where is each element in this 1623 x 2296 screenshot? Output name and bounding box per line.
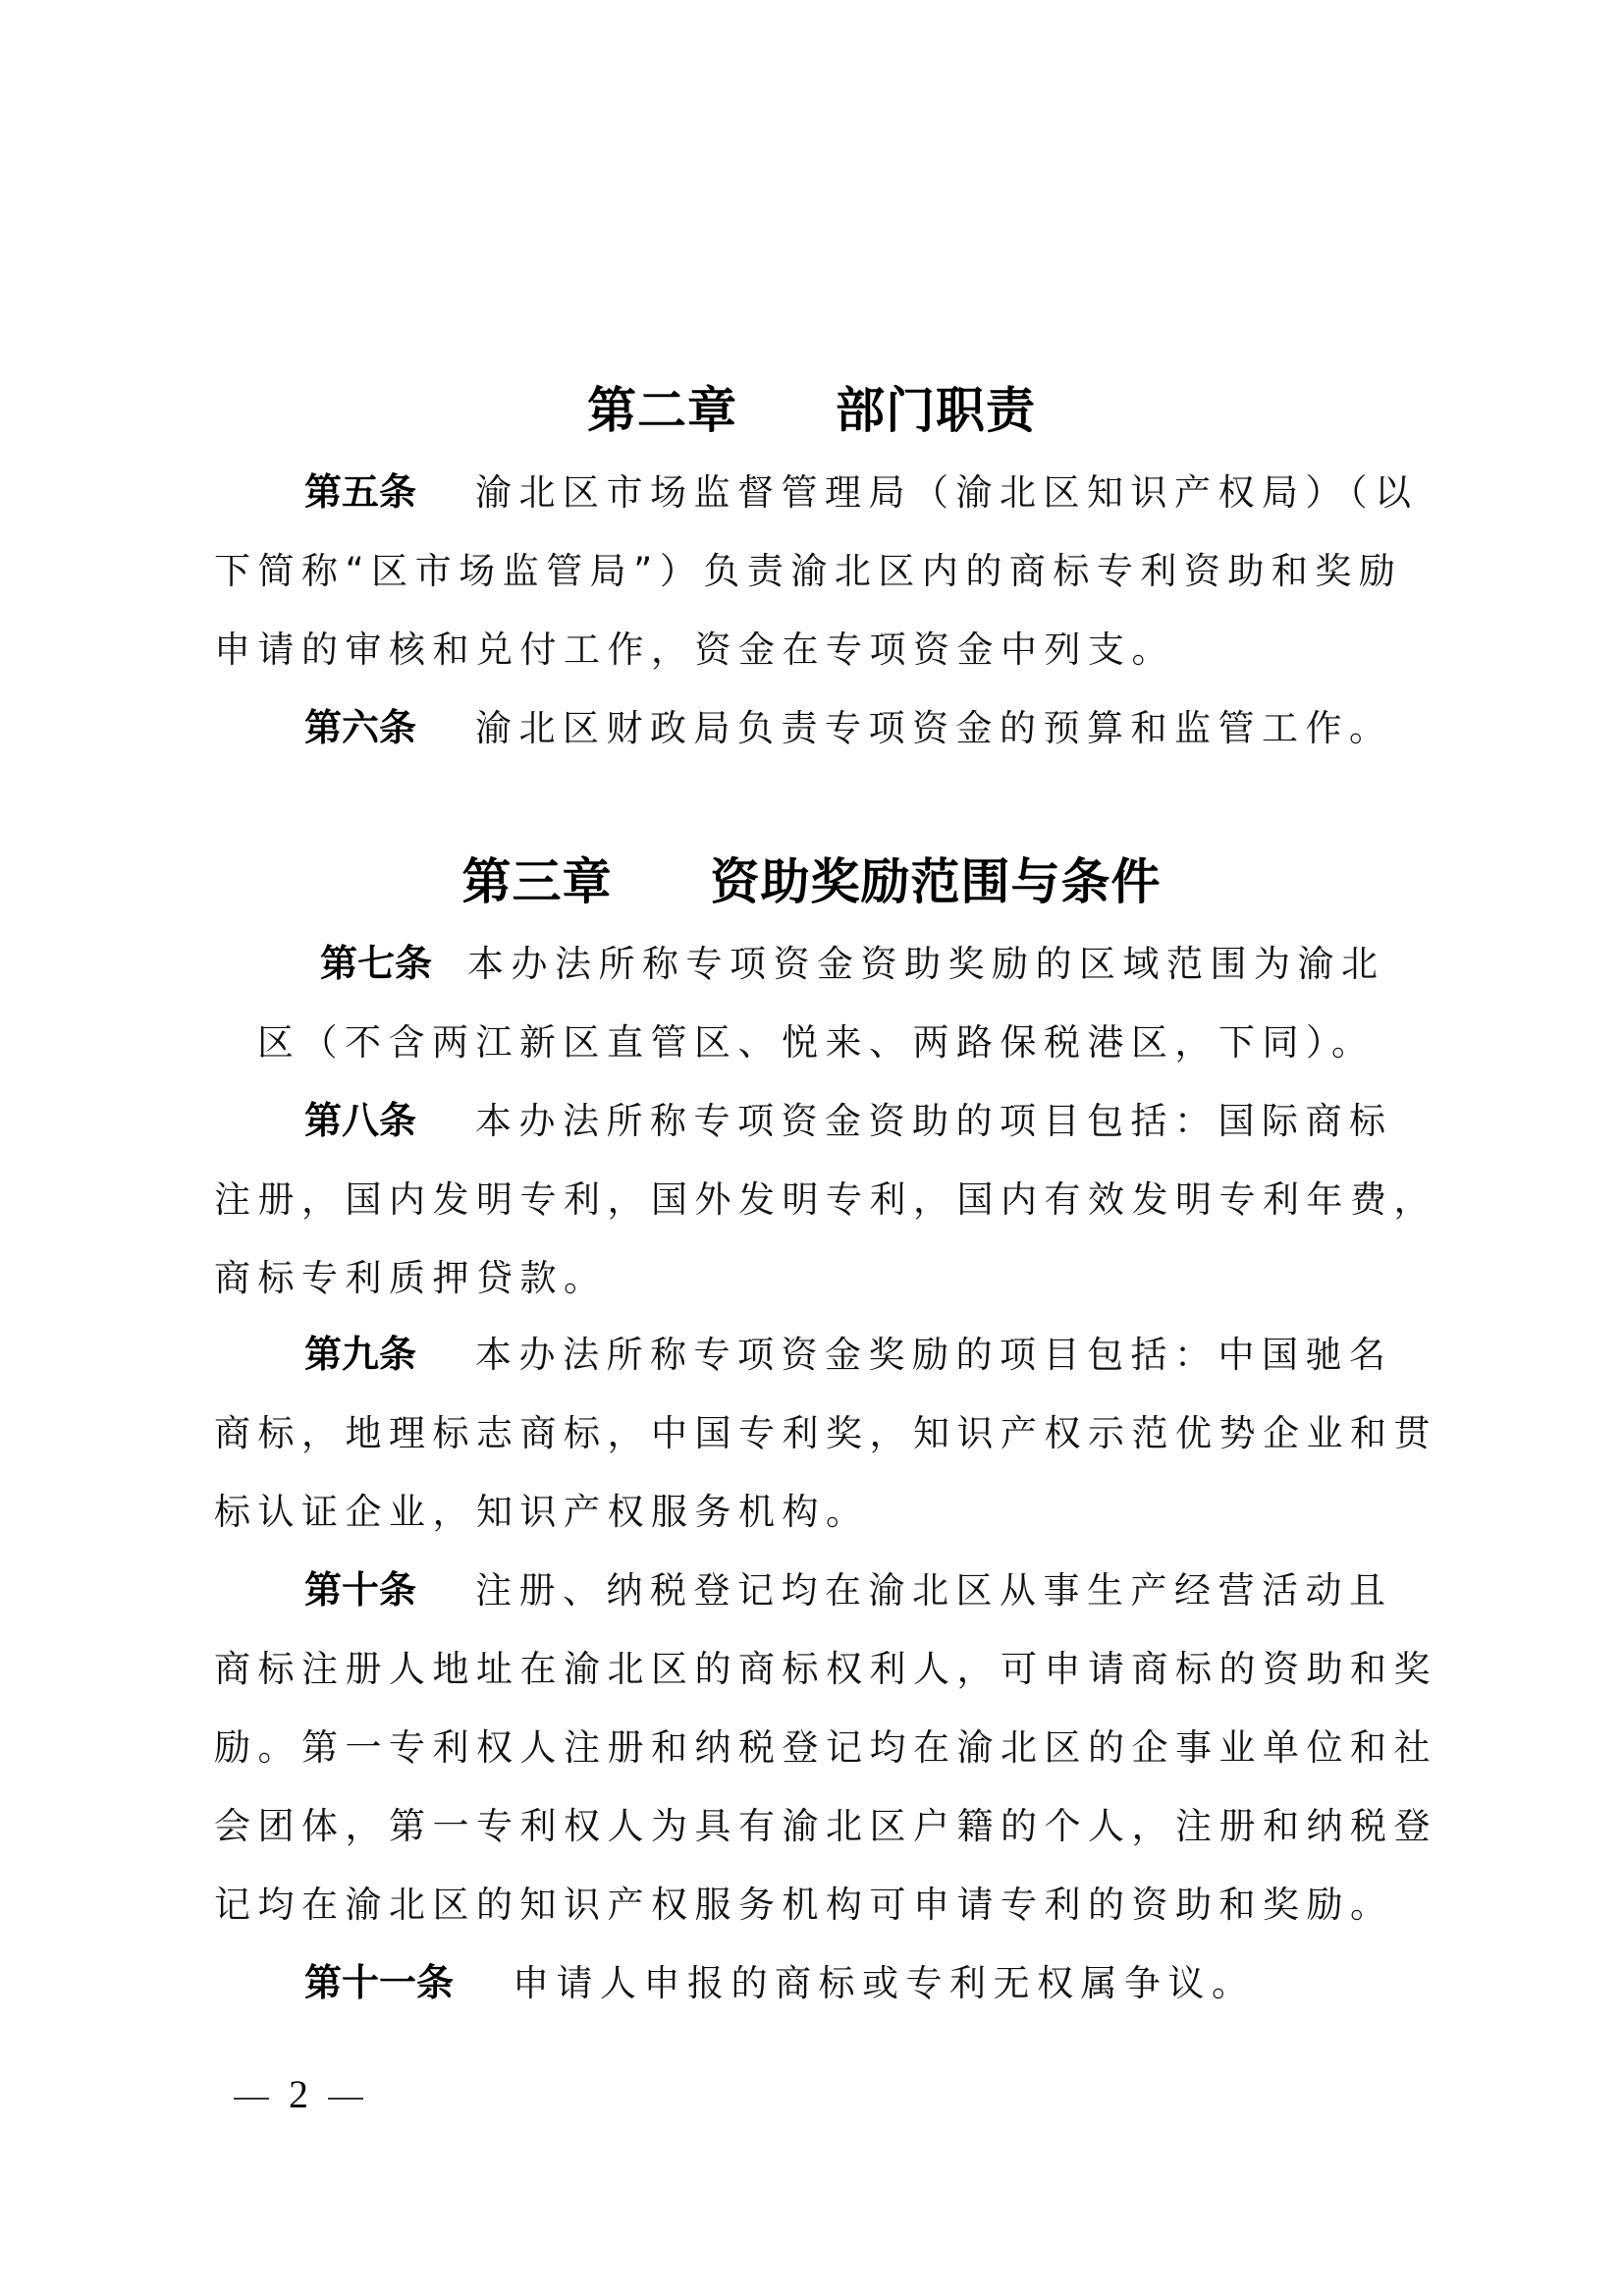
article-label: 第九条 <box>304 1330 416 1381</box>
article-text: 本办法所称专项资金资助奖励的区域范围为渝北 <box>467 943 1385 985</box>
article-9-line-1: 第九条本办法所称专项资金奖励的项目包括：中国驰名 <box>304 1330 1522 1381</box>
article-text: 励。第一专利权人注册和纳税登记均在渝北区的企事业单位和社 <box>214 1726 1437 1769</box>
article-text: 会团体，第一专利权人为具有渝北区户籍的个人，注册和纳税登 <box>214 1805 1437 1847</box>
article-text: 本办法所称专项资金奖励的项目包括：中国驰名 <box>475 1334 1393 1376</box>
dash-right <box>328 2098 363 2100</box>
article-5-line-2: 下简称“区市场监管局”）负责渝北区内的商标专利资助和奖励 <box>214 546 1432 597</box>
page-number: 2 <box>214 2070 383 2119</box>
article-10-line-3: 励。第一专利权人注册和纳税登记均在渝北区的企事业单位和社 <box>214 1722 1432 1774</box>
article-7-line-2: 区（不含两江新区直管区、悦来、两路保税港区，下同）。 <box>257 1017 1475 1068</box>
article-text: 渝北区市场监督管理局（渝北区知识产权局）（以 <box>475 471 1419 514</box>
article-text: 渝北区财政局负责专项资金的预算和监管工作。 <box>475 707 1393 749</box>
chapter-number: 第二章 <box>587 381 737 439</box>
article-5-line-1: 第五条渝北区市场监督管理局（渝北区知识产权局）（以 <box>304 467 1522 519</box>
article-text: 注册、纳税登记均在渝北区从事生产经营活动且 <box>475 1569 1393 1612</box>
article-10-line-5: 记均在渝北区的知识产权服务机构可申请专利的资助和奖励。 <box>214 1880 1432 1931</box>
article-8-line-1: 第八条本办法所称专项资金资助的项目包括：国际商标 <box>304 1096 1522 1147</box>
article-9-line-2: 商标，地理标志商标，中国专利奖，知识产权示范优势企业和贯 <box>214 1408 1432 1459</box>
article-text: 记均在渝北区的知识产权服务机构可申请专利的资助和奖励。 <box>214 1884 1394 1926</box>
article-7-line-1: 第七条本办法所称专项资金资助奖励的区域范围为渝北 <box>320 939 1538 990</box>
chapter-title: 资助奖励范围与条件 <box>711 852 1162 910</box>
article-label: 第十一条 <box>304 1958 454 2009</box>
article-9-line-3: 标认证企业，知识产权服务机构。 <box>214 1487 1432 1538</box>
article-text: 商标，地理标志商标，中国专利奖，知识产权示范优势企业和贯 <box>214 1412 1437 1454</box>
article-10-line-4: 会团体，第一专利权人为具有渝北区户籍的个人，注册和纳税登 <box>214 1801 1432 1852</box>
document-page: 第二章部门职责 第五条渝北区市场监督管理局（渝北区知识产权局）（以 下简称“区市… <box>0 0 1623 2296</box>
article-10-line-1: 第十条注册、纳税登记均在渝北区从事生产经营活动且 <box>304 1565 1522 1616</box>
article-11-line-1: 第十一条申请人申报的商标或专利无权属争议。 <box>304 1958 1522 2009</box>
page-number-value: 2 <box>289 2072 308 2116</box>
article-5-line-3: 申请的审核和兑付工作，资金在专项资金中列支。 <box>214 625 1432 676</box>
article-label: 第六条 <box>304 703 416 754</box>
article-label: 第八条 <box>304 1096 416 1147</box>
article-6-line-1: 第六条渝北区财政局负责专项资金的预算和监管工作。 <box>304 703 1522 754</box>
article-text: 申请的审核和兑付工作，资金在专项资金中列支。 <box>214 629 1175 671</box>
article-label: 第十条 <box>304 1565 416 1616</box>
chapter-heading: 第三章资助奖励范围与条件 <box>0 852 1623 911</box>
article-label: 第五条 <box>304 467 416 519</box>
article-text: 商标注册人地址在渝北区的商标权利人，可申请商标的资助和奖 <box>214 1648 1437 1690</box>
chapter-heading: 第二章部门职责 <box>0 381 1623 440</box>
article-text: 本办法所称专项资金资助的项目包括：国际商标 <box>475 1100 1393 1142</box>
article-10-line-2: 商标注册人地址在渝北区的商标权利人，可申请商标的资助和奖 <box>214 1644 1432 1695</box>
article-text: 申请人申报的商标或专利无权属争议。 <box>513 1962 1256 2004</box>
article-8-line-2: 注册，国内发明专利，国外发明专利，国内有效发明专利年费， <box>214 1175 1432 1226</box>
article-text: 注册，国内发明专利，国外发明专利，国内有效发明专利年费， <box>214 1178 1437 1221</box>
chapter-title: 部门职责 <box>836 381 1036 439</box>
chapter-number: 第三章 <box>462 852 613 910</box>
article-text: 区（不含两江新区直管区、悦来、两路保税港区，下同）。 <box>257 1021 1376 1064</box>
article-label: 第七条 <box>320 939 432 990</box>
article-text: 标认证企业，知识产权服务机构。 <box>214 1491 870 1533</box>
article-text: 商标专利质押贷款。 <box>214 1257 608 1299</box>
article-8-line-3: 商标专利质押贷款。 <box>214 1253 1432 1304</box>
article-text: 下简称“区市场监管局”）负责渝北区内的商标专利资助和奖励 <box>214 550 1402 592</box>
dash-left <box>234 2098 269 2100</box>
